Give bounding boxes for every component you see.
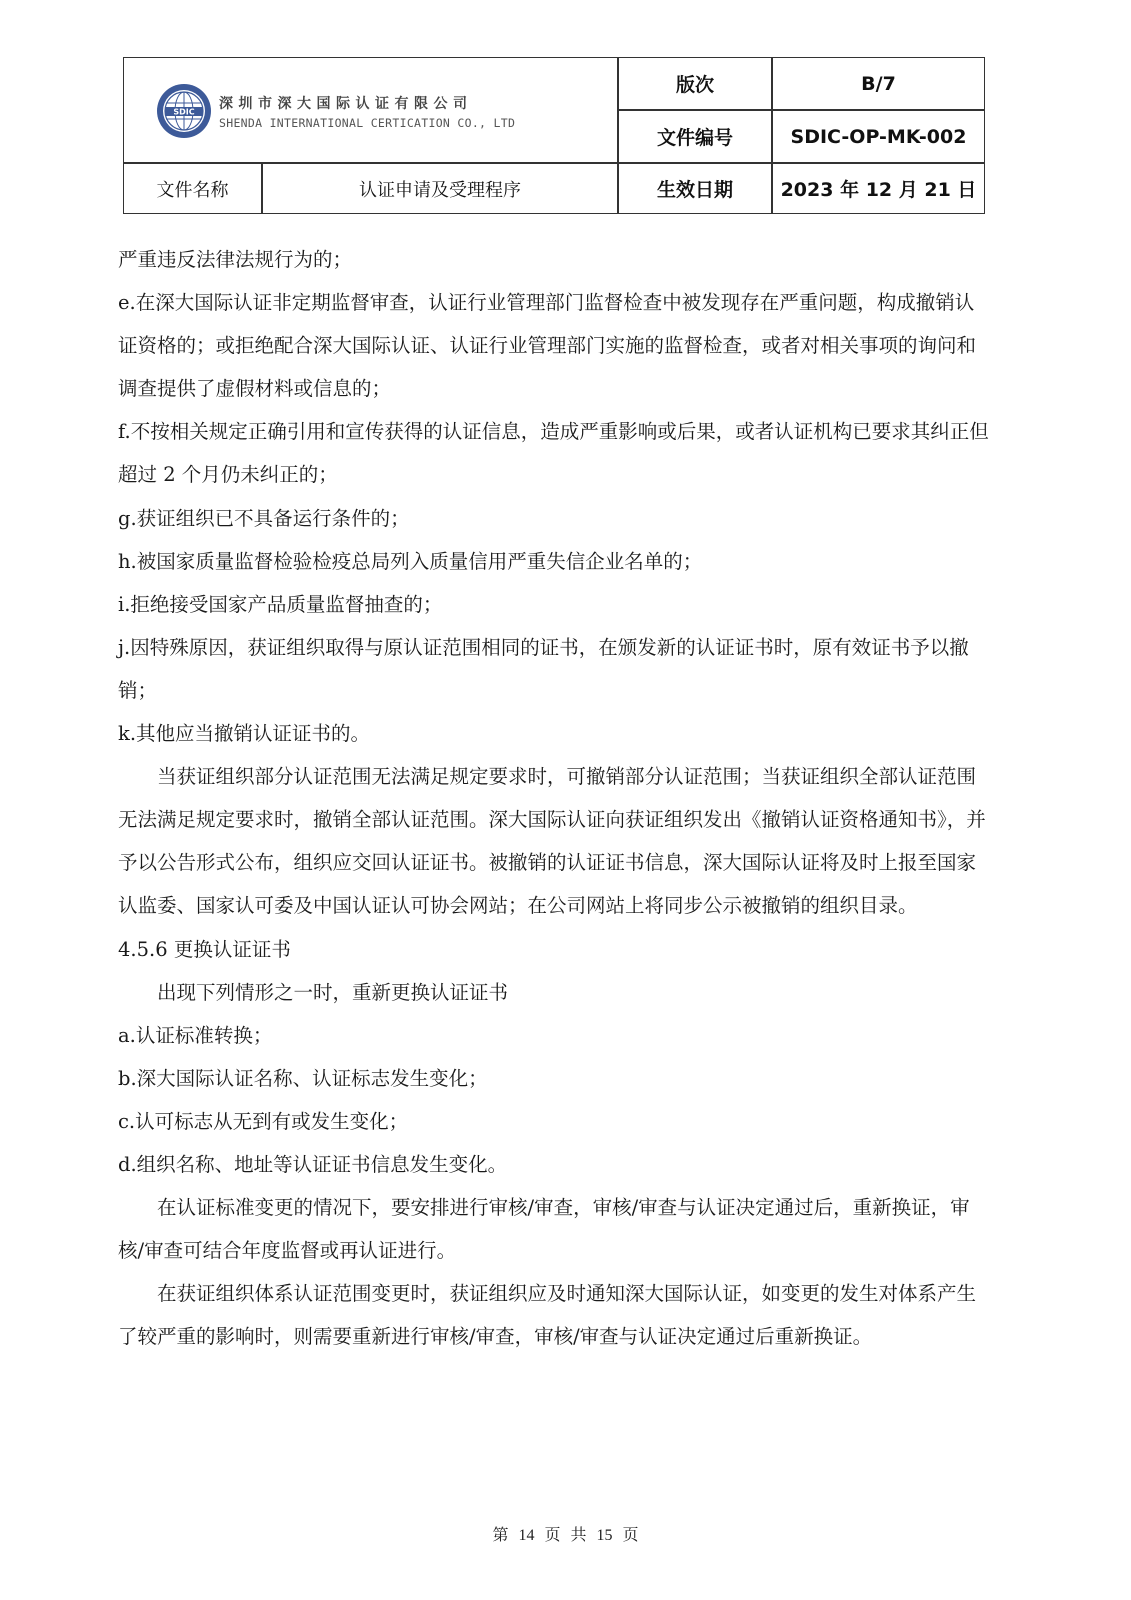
doc-number-label: 文件编号 [619,111,771,162]
section-heading-4-5-6: 4.5.6 更换认证证书 [118,928,990,971]
list-item-g: g.获证组织已不具备运行条件的； [118,497,990,540]
company-name-en: SHENDA INTERNATIONAL CERTICATION CO., LT… [219,116,515,130]
list-item-e: e.在深大国际认证非定期监督审查，认证行业管理部门监督检查中被发现存在严重问题，… [118,281,990,410]
file-name-label: 文件名称 [124,164,261,213]
effective-date-value: 2023 年 12 月 21 日 [773,164,984,213]
file-name-value: 认证申请及受理程序 [263,164,617,213]
list-item-a: a.认证标准转换； [118,1014,990,1057]
list-item-d: d.组织名称、地址等认证证书信息发生变化。 [118,1143,990,1186]
document-body: 严重违反法律法规行为的； e.在深大国际认证非定期监督审查，认证行业管理部门监督… [118,238,990,1358]
paragraph-standard-change: 在认证标准变更的情况下，要安排进行审核/审查，审核/审查与认证决定通过后，重新换… [118,1186,990,1272]
paragraph-revocation: 当获证组织部分认证范围无法满足规定要求时，可撤销部分认证范围；当获证组织全部认证… [118,755,990,927]
page-number: 第 14 页 共 15 页 [0,1522,1131,1545]
company-name-cn: 深圳市深大国际认证有限公司 [219,93,473,113]
document-header-table: SDIC 深圳市深大国际认证有限公司 SHENDA INTERNATIONAL … [123,57,985,214]
list-item-j: j.因特殊原因，获证组织取得与原认证范围相同的证书，在颁发新的认证证书时，原有效… [118,626,990,712]
list-item-b: b.深大国际认证名称、认证标志发生变化； [118,1057,990,1100]
list-item-f: f.不按相关规定正确引用和宣传获得的认证信息，造成严重影响或后果，或者认证机构已… [118,410,990,496]
paragraph: 严重违反法律法规行为的； [118,238,990,281]
version-label: 版次 [619,58,771,109]
list-item-h: h.被国家质量监督检验检疫总局列入质量信用严重失信企业名单的； [118,540,990,583]
paragraph-scope-change: 在获证组织体系认证范围变更时，获证组织应及时通知深大国际认证，如变更的发生对体系… [118,1272,990,1358]
paragraph-intro: 出现下列情形之一时，重新更换认证证书 [118,971,990,1014]
effective-date-label: 生效日期 [619,164,771,213]
svg-text:SDIC: SDIC [173,108,194,117]
version-value: B/7 [773,58,984,109]
list-item-k: k.其他应当撤销认证证书的。 [118,712,990,755]
list-item-c: c.认可标志从无到有或发生变化； [118,1100,990,1143]
doc-number-value: SDIC-OP-MK-002 [773,111,984,162]
company-logo-block: SDIC 深圳市深大国际认证有限公司 SHENDA INTERNATIONAL … [124,58,618,163]
list-item-i: i.拒绝接受国家产品质量监督抽查的； [118,583,990,626]
sdic-globe-logo-icon: SDIC [156,83,212,139]
